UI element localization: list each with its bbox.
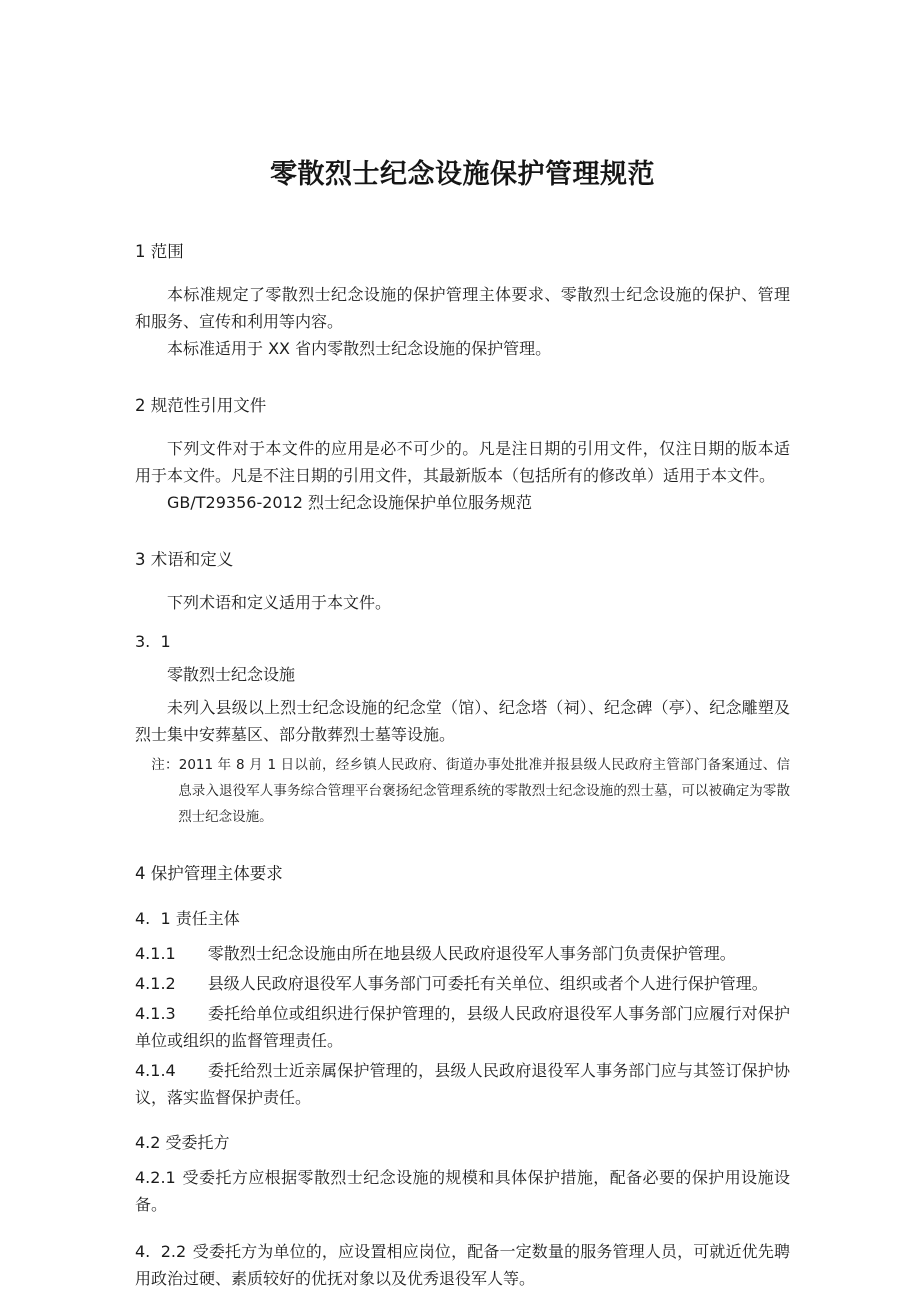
section-4-heading: 4 保护管理主体要求 <box>135 860 790 887</box>
section-1-paragraph-scope: 本标准规定了零散烈士纪念设施的保护管理主体要求、零散烈士纪念设施的保护、管理和服… <box>135 281 790 335</box>
section-3-intro: 下列术语和定义适用于本文件。 <box>135 589 790 616</box>
clause-4-2-2: 4. 2.2受委托方为单位的，应设置相应岗位，配备一定数量的服务管理人员，可就近… <box>135 1238 790 1292</box>
document-page: 零散烈士纪念设施保护管理规范 1 范围 本标准规定了零散烈士纪念设施的保护管理主… <box>0 0 920 1301</box>
document-title: 零散烈士纪念设施保护管理规范 <box>135 158 790 192</box>
clause-4-1-2: 4.1.2县级人民政府退役军人事务部门可委托有关单位、组织或者个人进行保护管理。 <box>135 970 790 997</box>
term-definition: 未列入县级以上烈士纪念设施的纪念堂（馆）、纪念塔（祠）、纪念碑（亭）、纪念雕塑及… <box>135 694 790 748</box>
clause-number: 4.1.4 <box>135 1061 176 1080</box>
section-2-paragraph-references-intro: 下列文件对于本文件的应用是必不可少的。凡是注日期的引用文件，仅注日期的版本适用于… <box>135 435 790 489</box>
clause-text: 受委托方为单位的，应设置相应岗位，配备一定数量的服务管理人员，可就近优先聘用政治… <box>135 1242 790 1288</box>
clause-number: 4.2.1 <box>135 1168 176 1187</box>
clause-4-1-1: 4.1.1零散烈士纪念设施由所在地县级人民政府退役军人事务部门负责保护管理。 <box>135 940 790 967</box>
clause-4-1-4: 4.1.4委托给烈士近亲属保护管理的，县级人民政府退役军人事务部门应与其签订保护… <box>135 1057 790 1111</box>
section-1-paragraph-applicability: 本标准适用于 XX 省内零散烈士纪念设施的保护管理。 <box>135 335 790 362</box>
term-name: 零散烈士纪念设施 <box>135 661 790 688</box>
clause-text: 零散烈士纪念设施由所在地县级人民政府退役军人事务部门负责保护管理。 <box>208 944 736 963</box>
clause-4-1-3: 4.1.3委托给单位或组织进行保护管理的，县级人民政府退役军人事务部门应履行对保… <box>135 1000 790 1054</box>
clause-text: 委托给单位或组织进行保护管理的，县级人民政府退役军人事务部门应履行对保护单位或组… <box>135 1004 790 1050</box>
section-4-2-heading: 4.2 受委托方 <box>135 1129 790 1156</box>
clause-text: 县级人民政府退役军人事务部门可委托有关单位、组织或者个人进行保护管理。 <box>208 974 768 993</box>
section-2-heading: 2 规范性引用文件 <box>135 392 790 419</box>
section-4-1-heading: 4. 1 责任主体 <box>135 905 790 932</box>
clause-number: 4. 2.2 <box>135 1242 186 1261</box>
term-note: 注：2011 年 8 月 1 日以前，经乡镇人民政府、街道办事处批准并报县级人民… <box>151 752 790 830</box>
note-label: 注： <box>151 757 179 773</box>
section-1-heading: 1 范围 <box>135 238 790 265</box>
clause-4-2-1: 4.2.1受委托方应根据零散烈士纪念设施的规模和具体保护措施，配备必要的保护用设… <box>135 1164 790 1218</box>
clause-text: 委托给烈士近亲属保护管理的，县级人民政府退役军人事务部门应与其签订保护协议，落实… <box>135 1061 790 1107</box>
section-2-reference-gbt29356: GB/T29356-2012 烈士纪念设施保护单位服务规范 <box>135 489 790 516</box>
term-number: 3. 1 <box>135 628 790 655</box>
clause-number: 4.1.1 <box>135 944 176 963</box>
clause-number: 4.1.2 <box>135 974 176 993</box>
clause-text: 受委托方应根据零散烈士纪念设施的规模和具体保护措施，配备必要的保护用设施设备。 <box>135 1168 790 1214</box>
note-text: 2011 年 8 月 1 日以前，经乡镇人民政府、街道办事处批准并报县级人民政府… <box>178 757 790 825</box>
section-3-heading: 3 术语和定义 <box>135 546 790 573</box>
clause-number: 4.1.3 <box>135 1004 176 1023</box>
